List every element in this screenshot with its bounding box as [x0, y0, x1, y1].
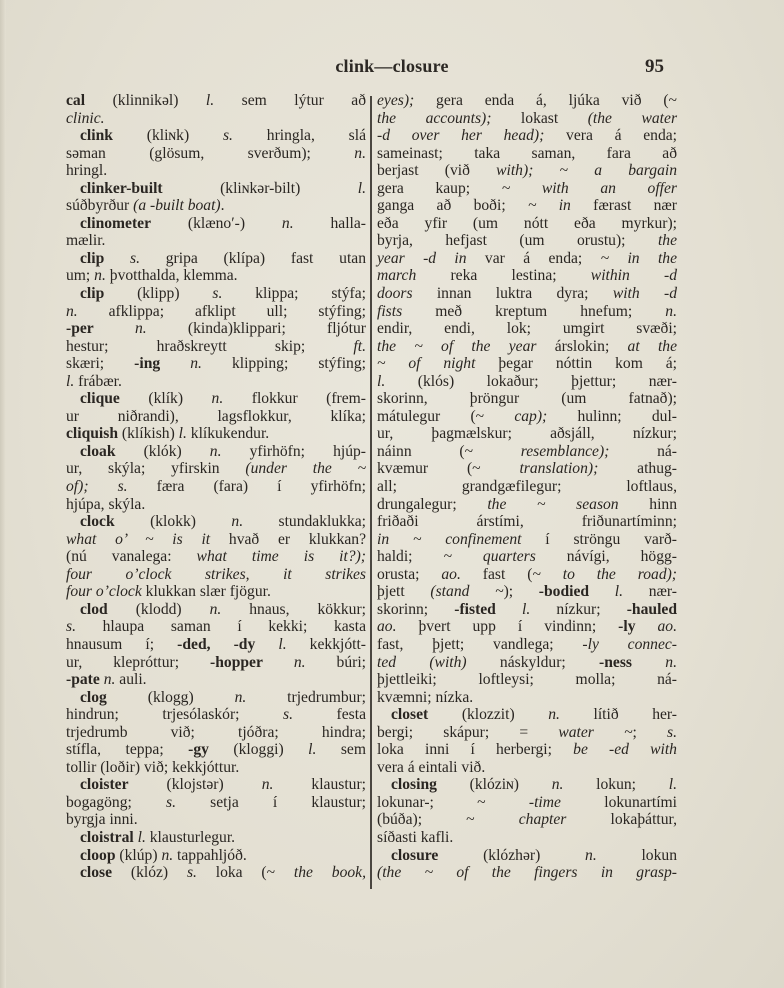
- headword: cal: [66, 92, 85, 109]
- italic-text: fists: [377, 303, 402, 320]
- headword: cloistral: [80, 829, 134, 846]
- dictionary-line: (the ~ of the fingers in grasp-: [377, 864, 677, 882]
- definition-text: [589, 583, 615, 600]
- definition-text: trjedrumb við; tjóðra; hindra;: [66, 724, 366, 741]
- definition-text: innan luktra dyra;: [413, 285, 613, 302]
- headword: -hauled: [627, 601, 677, 618]
- definition-text: (kliɴk): [113, 127, 223, 144]
- italic-text: eyes);: [377, 92, 414, 109]
- definition-text: );: [504, 583, 539, 600]
- definition-text: stundaklukka;: [243, 513, 366, 530]
- definition-text: halla-: [294, 215, 366, 232]
- italic-text: n.: [135, 320, 147, 337]
- italic-text: l.: [377, 373, 385, 390]
- italic-text: n.: [104, 671, 116, 688]
- definition-text: [632, 654, 665, 671]
- dictionary-line: endir, endi, lok; umgirt svæði;: [377, 320, 677, 338]
- italic-text: the: [658, 232, 677, 249]
- italic-text: what time is it?);: [197, 548, 366, 565]
- italic-text: l.: [206, 92, 214, 109]
- italic-text: n.: [94, 267, 106, 284]
- dictionary-line: close (klóz) s. loka (~ the book,: [66, 864, 366, 882]
- definition-text: (klipp): [104, 285, 212, 302]
- dictionary-line: cloop (klúp) n. tappahljóð.: [66, 847, 366, 865]
- definition-text: berjast (við: [377, 162, 496, 179]
- headword: cloop: [80, 847, 116, 864]
- italic-text: time: [534, 794, 561, 811]
- page-edge-shadow: [0, 0, 6, 988]
- definition-text: lítið her-: [560, 706, 677, 723]
- definition-text: friðaði árstími, friðunartíminn;: [377, 513, 677, 530]
- italic-text: year -d in: [377, 250, 467, 267]
- definition-text: árslokin;: [536, 338, 627, 355]
- definition-text: hnaus, kökkur;: [221, 601, 366, 618]
- italic-text: n.: [66, 303, 78, 320]
- definition-text: ;: [633, 724, 668, 741]
- running-head-title: clink—closure: [0, 56, 784, 77]
- headword: clink: [80, 127, 113, 144]
- italic-text: l.: [615, 583, 623, 600]
- dictionary-line: closure (klózhər) n. lokun: [377, 847, 677, 865]
- dictionary-line: all; grandgæfilegur; loftlaus,: [377, 478, 677, 496]
- italic-text: doors: [377, 285, 413, 302]
- definition-text: kekkjótt-: [287, 636, 366, 653]
- headword: clique: [80, 390, 120, 407]
- headword: clinometer: [80, 215, 151, 232]
- dictionary-line: ~ of night þegar nóttin kom á;: [377, 355, 677, 373]
- italic-text: s.: [187, 864, 197, 881]
- dictionary-line: clinometer (klæno′-) n. halla-: [66, 215, 366, 233]
- definition-text: (klók): [116, 443, 210, 460]
- dictionary-line: clinic.: [66, 110, 366, 128]
- italic-text: n.: [210, 601, 222, 618]
- italic-text: s.: [283, 706, 293, 723]
- definition-text: vera á enda;: [544, 127, 677, 144]
- italic-text: l.: [66, 373, 74, 390]
- italic-text: n.: [210, 443, 222, 460]
- dictionary-line: berjast (við with); ~ a bargain: [377, 162, 677, 180]
- headword: -per: [66, 320, 94, 337]
- definition-text: lokunar-; ~ -: [377, 794, 534, 811]
- italic-text: s.: [130, 250, 140, 267]
- headword: -ness: [599, 654, 632, 671]
- definition-text: (klóz): [112, 864, 187, 881]
- dictionary-line: náinn (~ resemblance); ná-: [377, 443, 677, 461]
- definition-text: [496, 601, 522, 618]
- dictionary-line: hestur; hraðskreytt skip; ft.: [66, 338, 366, 356]
- dictionary-line: eyes); gera enda á, ljúka við (~: [377, 92, 677, 110]
- dictionary-line: clock (klokk) n. stundaklukka;: [66, 513, 366, 531]
- definition-text: þvotthalda, klemma.: [106, 267, 238, 284]
- italic-text: the book,: [294, 864, 366, 881]
- definition-text: [636, 618, 658, 635]
- definition-text: .: [221, 197, 225, 214]
- definition-text: færast nær: [571, 197, 677, 214]
- definition-text: var á enda;: [467, 250, 601, 267]
- dictionary-line: ao. þvert upp í vindinn; -ly ao.: [377, 618, 677, 636]
- dictionary-line: -d over her head); vera á enda;: [377, 127, 677, 145]
- dictionary-page: clink—closure 95 cal (klinnikəl) l. sem …: [0, 0, 784, 988]
- dictionary-line: loka inni í herbergi; be -ed with: [377, 741, 677, 759]
- definition-text: klaustur;: [273, 776, 366, 793]
- italic-text: ~ in the: [601, 250, 677, 267]
- dictionary-line: um; n. þvotthalda, klemma.: [66, 267, 366, 285]
- definition-text: klíkukendur.: [187, 425, 269, 442]
- definition-text: þjettleiki; loftleysi; molla; ná-: [377, 671, 677, 688]
- dictionary-line: clink (kliɴk) s. hringla, slá: [66, 127, 366, 145]
- definition-text: nízkur;: [530, 601, 626, 618]
- headword: close: [80, 864, 112, 881]
- dictionary-line: of); s. færa (fara) í yfirhöfn;: [66, 478, 366, 496]
- headword: closet: [391, 706, 428, 723]
- definition-text: lokunartími: [561, 794, 677, 811]
- definition-text: athug-: [598, 460, 677, 477]
- italic-text: the accounts);: [377, 110, 491, 127]
- definition-text: klipping; stýfing;: [202, 355, 366, 372]
- definition-text: (klojstər): [129, 776, 262, 793]
- dictionary-line: súðbyrður (a -built boat).: [66, 197, 366, 215]
- page-number: 95: [645, 56, 664, 78]
- dictionary-line: cloister (klojstər) n. klaustur;: [66, 776, 366, 794]
- dictionary-line: ur niðrandi), lagsflokkur, klíka;: [66, 408, 366, 426]
- definition-text: gripa (klípa) fast utan: [140, 250, 366, 267]
- dictionary-line: bergi; skápur; = water ~; s.: [377, 724, 677, 742]
- definition-text: náinn (~: [377, 443, 521, 460]
- definition-text: hringla, slá: [233, 127, 366, 144]
- definition-text: byrja, hefjast (um orustu);: [377, 232, 658, 249]
- dictionary-line: march reka lestina; within -d: [377, 267, 677, 285]
- definition-text: festa: [293, 706, 366, 723]
- italic-text: (a -built boat): [133, 197, 221, 214]
- definition-text: ur, þagmælskur; aðsjáll, nízkur;: [377, 425, 677, 442]
- italic-text: ao.: [377, 618, 397, 635]
- definition-text: gera kaup;: [377, 180, 502, 197]
- headword: clod: [80, 601, 108, 618]
- definition-text: tollir (loðir) við; kekkjóttur.: [66, 759, 239, 776]
- definition-text: náskyldur;: [467, 654, 599, 671]
- headword: -ly: [618, 618, 635, 635]
- italic-text: l.: [522, 601, 530, 618]
- headword: -ded, -dy: [177, 636, 255, 653]
- definition-text: haldi;: [377, 548, 444, 565]
- definition-text: skorinn;: [377, 601, 454, 618]
- dictionary-line: skorinn; -fisted l. nízkur; -hauled: [377, 601, 677, 619]
- definition-text: səman (glösum, sverðum);: [66, 145, 354, 162]
- definition-text: ná-: [609, 443, 677, 460]
- dictionary-line: cloak (klók) n. yfirhöfn; hjúp-: [66, 443, 366, 461]
- definition-text: lokun;: [563, 776, 668, 793]
- italic-text: ao.: [657, 618, 677, 635]
- dictionary-line: mælir.: [66, 232, 366, 250]
- definition-text: hindrun; trjesólaskór;: [66, 706, 283, 723]
- definition-text: sem: [316, 741, 366, 758]
- definition-text: (kinda)klippari; fljótur: [147, 320, 366, 337]
- headword: cloister: [80, 776, 129, 793]
- definition-text: ur, skýla; yfirskin: [66, 460, 245, 477]
- italic-text: the ~ season: [487, 496, 618, 513]
- definition-text: flokkur (frem-: [223, 390, 366, 407]
- italic-text: ~ to the road);: [532, 566, 677, 583]
- dictionary-line: l. (klós) lokaður; þjettur; nær-: [377, 373, 677, 391]
- definition-text: [263, 654, 294, 671]
- dictionary-line: hjúpa, skýla.: [66, 496, 366, 514]
- italic-text: chapter: [519, 811, 567, 828]
- dictionary-line: səman (glösum, sverðum); n.: [66, 145, 366, 163]
- headword: clip: [80, 285, 104, 302]
- definition-text: gera enda á, ljúka við (~: [414, 92, 677, 109]
- definition-text: (klúp): [116, 847, 162, 864]
- dictionary-line: byrgja inni.: [66, 811, 366, 829]
- italic-text: n.: [665, 654, 677, 671]
- dictionary-line: ganga að boði; ~ in færast nær: [377, 197, 677, 215]
- italic-text: n.: [262, 776, 274, 793]
- italic-text: ted (with): [377, 654, 467, 671]
- definition-text: færa (fara) í yfirhöfn;: [128, 478, 366, 495]
- italic-text: -d over her head);: [377, 127, 544, 144]
- definition-text: auli.: [115, 671, 146, 688]
- definition-text: kvæmni; nízka.: [377, 689, 473, 706]
- definition-text: ur, klepróttur;: [66, 654, 210, 671]
- dictionary-line: trjedrumb við; tjóðra; hindra;: [66, 724, 366, 742]
- definition-text: orusta;: [377, 566, 441, 583]
- italic-text: with); ~ a bargain: [496, 162, 677, 179]
- italic-text: march: [377, 267, 416, 284]
- definition-text: lokun: [597, 847, 677, 864]
- definition-text: (nú vanalega:: [66, 548, 197, 565]
- definition-text: hvað er klukkan?: [210, 531, 366, 548]
- italic-text: s.: [667, 724, 677, 741]
- definition-text: (klogg): [107, 689, 235, 706]
- definition-text: bogagöng;: [66, 794, 166, 811]
- definition-text: (klíkish): [118, 425, 179, 442]
- definition-text: ur niðrandi), lagsflokkur, klíka;: [66, 408, 366, 425]
- italic-text: l.: [358, 180, 366, 197]
- dictionary-line: vera á eintali við.: [377, 759, 677, 777]
- dictionary-line: mátulegur (~ cap); hulinn; dul-: [377, 408, 677, 426]
- italic-text: l.: [278, 636, 286, 653]
- definition-text: sem lýtur að: [214, 92, 366, 109]
- dictionary-line: tollir (loðir) við; kekkjóttur.: [66, 759, 366, 777]
- definition-text: eða yfir (um nótt eða myrkur);: [377, 215, 677, 232]
- dictionary-line: hnausum í; -ded, -dy l. kekkjótt-: [66, 636, 366, 654]
- definition-text: fast (: [461, 566, 533, 583]
- definition-text: (kloggi): [209, 741, 308, 758]
- italic-text: (the water: [588, 110, 677, 127]
- definition-text: setja í klaustur;: [176, 794, 366, 811]
- definition-text: (klæno′-): [151, 215, 282, 232]
- dictionary-line: ur, klepróttur; -hopper n. búri;: [66, 654, 366, 672]
- definition-text: all; grandgæfilegur; loftlaus,: [377, 478, 677, 495]
- definition-text: ganga að boði;: [377, 197, 528, 214]
- definition-text: þvert upp í vindinn;: [397, 618, 619, 635]
- italic-text: be -ed with: [573, 741, 677, 758]
- headword: -fisted: [454, 601, 496, 618]
- italic-text: n.: [552, 776, 564, 793]
- dictionary-line: clip (klipp) s. klippa; stýfa;: [66, 285, 366, 303]
- dictionary-line: hindrun; trjesólaskór; s. festa: [66, 706, 366, 724]
- dictionary-line: ted (with) náskyldur; -ness n.: [377, 654, 677, 672]
- definition-text: skæri;: [66, 355, 134, 372]
- definition-text: síðasti kafli.: [377, 829, 453, 846]
- headword: clinker-built: [80, 180, 163, 197]
- dictionary-line: (búða); ~ chapter lokaþáttur,: [377, 811, 677, 829]
- definition-text: fast, þjett; vandlega;: [377, 636, 582, 653]
- definition-text: reka lestina;: [416, 267, 591, 284]
- definition-text: þjett: [377, 583, 430, 600]
- definition-text: loka (~: [197, 864, 294, 881]
- definition-text: sameinast; taka saman, fara að: [377, 145, 677, 162]
- definition-text: bergi; skápur; =: [377, 724, 558, 741]
- dictionary-line: closing (klóziɴ) n. lokun; l.: [377, 776, 677, 794]
- definition-text: (klózhər): [438, 847, 585, 864]
- italic-text: clinic.: [66, 110, 105, 127]
- dictionary-line: orusta; ao. fast (~ to the road);: [377, 566, 677, 584]
- dictionary-line: eða yfir (um nótt eða myrkur);: [377, 215, 677, 233]
- italic-text: what o’ ~ is it: [66, 531, 210, 548]
- italic-text: n.: [548, 706, 560, 723]
- dictionary-line: ur, skýla; yfirskin (under the ~: [66, 460, 366, 478]
- headword: -hopper: [210, 654, 263, 671]
- definition-text: byrgja inni.: [66, 811, 138, 828]
- italic-text: four o’clock strikes, it strikes: [66, 566, 366, 583]
- dictionary-line: clinker-built (kliɴkər-bilt) l.: [66, 180, 366, 198]
- italic-text: water ~: [558, 724, 632, 741]
- definition-text: (klóziɴ): [437, 776, 552, 793]
- definition-text: trjedrumbur;: [246, 689, 366, 706]
- definition-text: yfirhöfn; hjúp-: [222, 443, 367, 460]
- dictionary-line: lokunar-; ~ -time lokunartími: [377, 794, 677, 812]
- definition-text: nær-: [623, 583, 677, 600]
- italic-text: ~ in: [528, 197, 571, 214]
- dictionary-line: síðasti kafli.: [377, 829, 677, 847]
- dictionary-line: fists með kreptum hnefum; n.: [377, 303, 677, 321]
- italic-text: l.: [138, 829, 146, 846]
- definition-text: í ströngu varð-: [521, 531, 677, 548]
- definition-text: návígi, högg-: [536, 548, 677, 565]
- definition-text: (klík): [120, 390, 212, 407]
- italic-text: of); s.: [66, 478, 128, 495]
- definition-text: (klozzit): [428, 706, 548, 723]
- headword: -bodied: [539, 583, 589, 600]
- definition-text: búri;: [306, 654, 366, 671]
- italic-text: ~ quarters: [444, 548, 536, 565]
- italic-text: s.: [66, 618, 76, 635]
- italic-text: n.: [294, 654, 306, 671]
- dictionary-line: ur, þagmælskur; aðsjáll, nízkur;: [377, 425, 677, 443]
- dictionary-line: cliquish (klíkish) l. klíkukendur.: [66, 425, 366, 443]
- definition-text: hnausum í;: [66, 636, 177, 653]
- italic-text: l.: [669, 776, 677, 793]
- definition-text: hestur; hraðskreytt skip;: [66, 338, 353, 355]
- italic-text: (the ~ of the fingers in grasp-: [377, 864, 677, 881]
- definition-text: tappahljóð.: [173, 847, 247, 864]
- italic-text: n.: [585, 847, 597, 864]
- italic-text: s.: [166, 794, 176, 811]
- dictionary-line: closet (klozzit) n. lítið her-: [377, 706, 677, 724]
- italic-text: translation);: [519, 460, 598, 477]
- definition-text: klukkan slær fjögur.: [142, 583, 271, 600]
- italic-text: within -d: [591, 267, 677, 284]
- definition-text: (kliɴkər-bilt): [163, 180, 358, 197]
- definition-text: [255, 636, 278, 653]
- headword: clip: [80, 250, 104, 267]
- dictionary-line: skorinn, þröngur (um fatnað);: [377, 390, 677, 408]
- headword: cliquish: [66, 425, 118, 442]
- definition-text: lokast: [491, 110, 587, 127]
- dictionary-line: clique (klík) n. flokkur (frem-: [66, 390, 366, 408]
- italic-text: n.: [231, 513, 243, 530]
- dictionary-line: stífla, teppa; -gy (kloggi) l. sem: [66, 741, 366, 759]
- definition-text: klausturlegur.: [146, 829, 235, 846]
- dictionary-line: clog (klogg) n. trjedrumbur;: [66, 689, 366, 707]
- italic-text: cap);: [514, 408, 547, 425]
- definition-text: skorinn, þröngur (um fatnað);: [377, 390, 677, 407]
- definition-text: lokaþáttur,: [566, 811, 677, 828]
- definition-text: hjúpa, skýla.: [66, 496, 145, 513]
- dictionary-line: haldi; ~ quarters návígi, högg-: [377, 548, 677, 566]
- italic-text: at the: [628, 338, 677, 355]
- definition-text: klippa; stýfa;: [222, 285, 366, 302]
- dictionary-line: -pate n. auli.: [66, 671, 366, 689]
- definition-text: með kreptum hnefum;: [402, 303, 665, 320]
- italic-text: n.: [354, 145, 366, 162]
- definition-text: [160, 355, 190, 372]
- dictionary-line: four o’clock strikes, it strikes: [66, 566, 366, 584]
- italic-text: n.: [190, 355, 202, 372]
- italic-text: n.: [161, 847, 173, 864]
- italic-text: ~ with an offer: [502, 180, 677, 197]
- dictionary-line: þjett (stand ~); -bodied l. nær-: [377, 583, 677, 601]
- definition-text: þegar nóttin kom á;: [475, 355, 677, 372]
- italic-text: (stand ~: [430, 583, 503, 600]
- italic-text: n.: [282, 215, 294, 232]
- dictionary-line: year -d in var á enda; ~ in the: [377, 250, 677, 268]
- definition-text: (klodd): [108, 601, 210, 618]
- dictionary-line: n. afklippa; afklipt ull; stýfing;: [66, 303, 366, 321]
- left-column: cal (klinnikəl) l. sem lýtur aðclinic.cl…: [66, 92, 366, 882]
- definition-text: stífla, teppa;: [66, 741, 188, 758]
- dictionary-line: four o’clock klukkan slær fjögur.: [66, 583, 366, 601]
- definition-text: endir, endi, lok; umgirt svæði;: [377, 320, 677, 337]
- definition-text: [94, 320, 135, 337]
- definition-text: hinn: [619, 496, 677, 513]
- column-divider: [370, 96, 372, 889]
- definition-text: (klinnikəl): [85, 92, 206, 109]
- definition-text: kvæmur (~: [377, 460, 519, 477]
- dictionary-line: kvæmur (~ translation); athug-: [377, 460, 677, 478]
- dictionary-line: þjettleiki; loftleysi; molla; ná-: [377, 671, 677, 689]
- italic-text: l.: [179, 425, 187, 442]
- dictionary-line: gera kaup; ~ with an offer: [377, 180, 677, 198]
- definition-text: súðbyrður: [66, 197, 133, 214]
- dictionary-line: cloistral l. klausturlegur.: [66, 829, 366, 847]
- italic-text: n.: [212, 390, 224, 407]
- italic-text: ~ of night: [377, 355, 475, 372]
- headword: clock: [80, 513, 115, 530]
- definition-text: drungalegur;: [377, 496, 487, 513]
- dictionary-line: clod (klodd) n. hnaus, kökkur;: [66, 601, 366, 619]
- definition-text: afklippa; afklipt ull; stýfing;: [78, 303, 366, 320]
- dictionary-line: what o’ ~ is it hvað er klukkan?: [66, 531, 366, 549]
- definition-text: hulinn; dul-: [547, 408, 677, 425]
- italic-text: ao.: [441, 566, 461, 583]
- dictionary-line: doors innan luktra dyra; with -d: [377, 285, 677, 303]
- italic-text: in ~ confinement: [377, 531, 521, 548]
- dictionary-line: the accounts); lokast (the water: [377, 110, 677, 128]
- definition-text: (búða); ~: [377, 811, 519, 828]
- definition-text: (klós) lokaður; þjettur; nær-: [385, 373, 677, 390]
- headword: -gy: [188, 741, 209, 758]
